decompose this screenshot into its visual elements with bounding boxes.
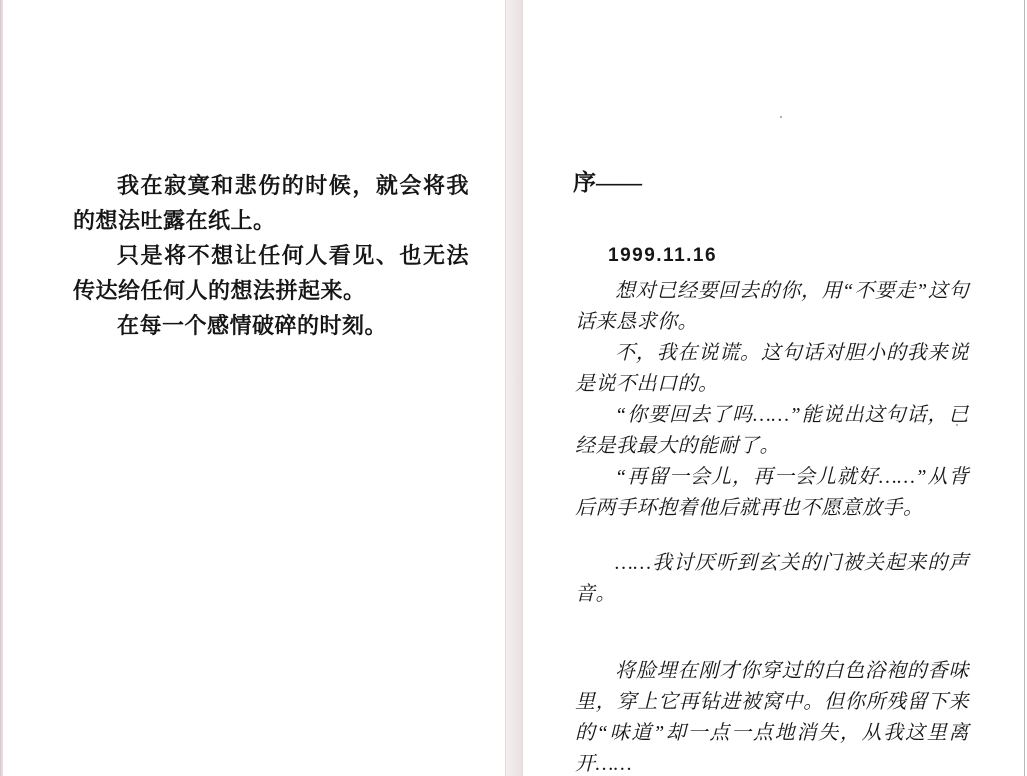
paragraph: “你要回去了吗……”能说出这句话，已经是我最大的能耐了。 <box>575 400 969 462</box>
left-page: 我在寂寞和悲伤的时候，就会将我的想法吐露在纸上。 只是将不想让任何人看见、也无法… <box>3 0 505 776</box>
paragraph: 我在寂寞和悲伤的时候，就会将我的想法吐露在纸上。 <box>73 168 469 238</box>
book-gutter <box>505 0 524 776</box>
scan-speck <box>828 664 830 666</box>
paragraph: 将脸埋在刚才你穿过的白色浴袍的香味里，穿上它再钻进被窝中。但你所残留下来的“味道… <box>575 656 969 776</box>
preface-title: 序—— <box>573 168 642 198</box>
scan-speck <box>956 424 958 426</box>
entry-date: 1999.11.16 <box>608 244 717 268</box>
paragraph: 只是将不想让任何人看见、也无法传达给任何人的想法拼起来。 <box>73 238 469 308</box>
scan-speck <box>780 116 782 118</box>
paragraph: 想对已经要回去的你，用“不要走”这句话来恳求你。 <box>575 276 969 338</box>
right-page-text: 想对已经要回去的你，用“不要走”这句话来恳求你。 不，我在说谎。这句话对胆小的我… <box>575 276 969 776</box>
book-spread: 我在寂寞和悲伤的时候，就会将我的想法吐露在纸上。 只是将不想让任何人看见、也无法… <box>0 0 1027 776</box>
left-page-text: 我在寂寞和悲伤的时候，就会将我的想法吐露在纸上。 只是将不想让任何人看见、也无法… <box>73 168 469 343</box>
page-edge-right <box>1024 0 1025 776</box>
paragraph: 在每一个感情破碎的时刻。 <box>73 308 469 343</box>
paragraph: 不，我在说谎。这句话对胆小的我来说是说不出口的。 <box>575 338 969 400</box>
paragraph: “再留一会儿，再一会儿就好……”从背后两手环抱着他后就再也不愿意放手。 <box>575 462 969 524</box>
right-page: 序—— 1999.11.16 想对已经要回去的你，用“不要走”这句话来恳求你。 … <box>523 0 1023 776</box>
paragraph: ……我讨厌听到玄关的门被关起来的声音。 <box>575 548 969 610</box>
